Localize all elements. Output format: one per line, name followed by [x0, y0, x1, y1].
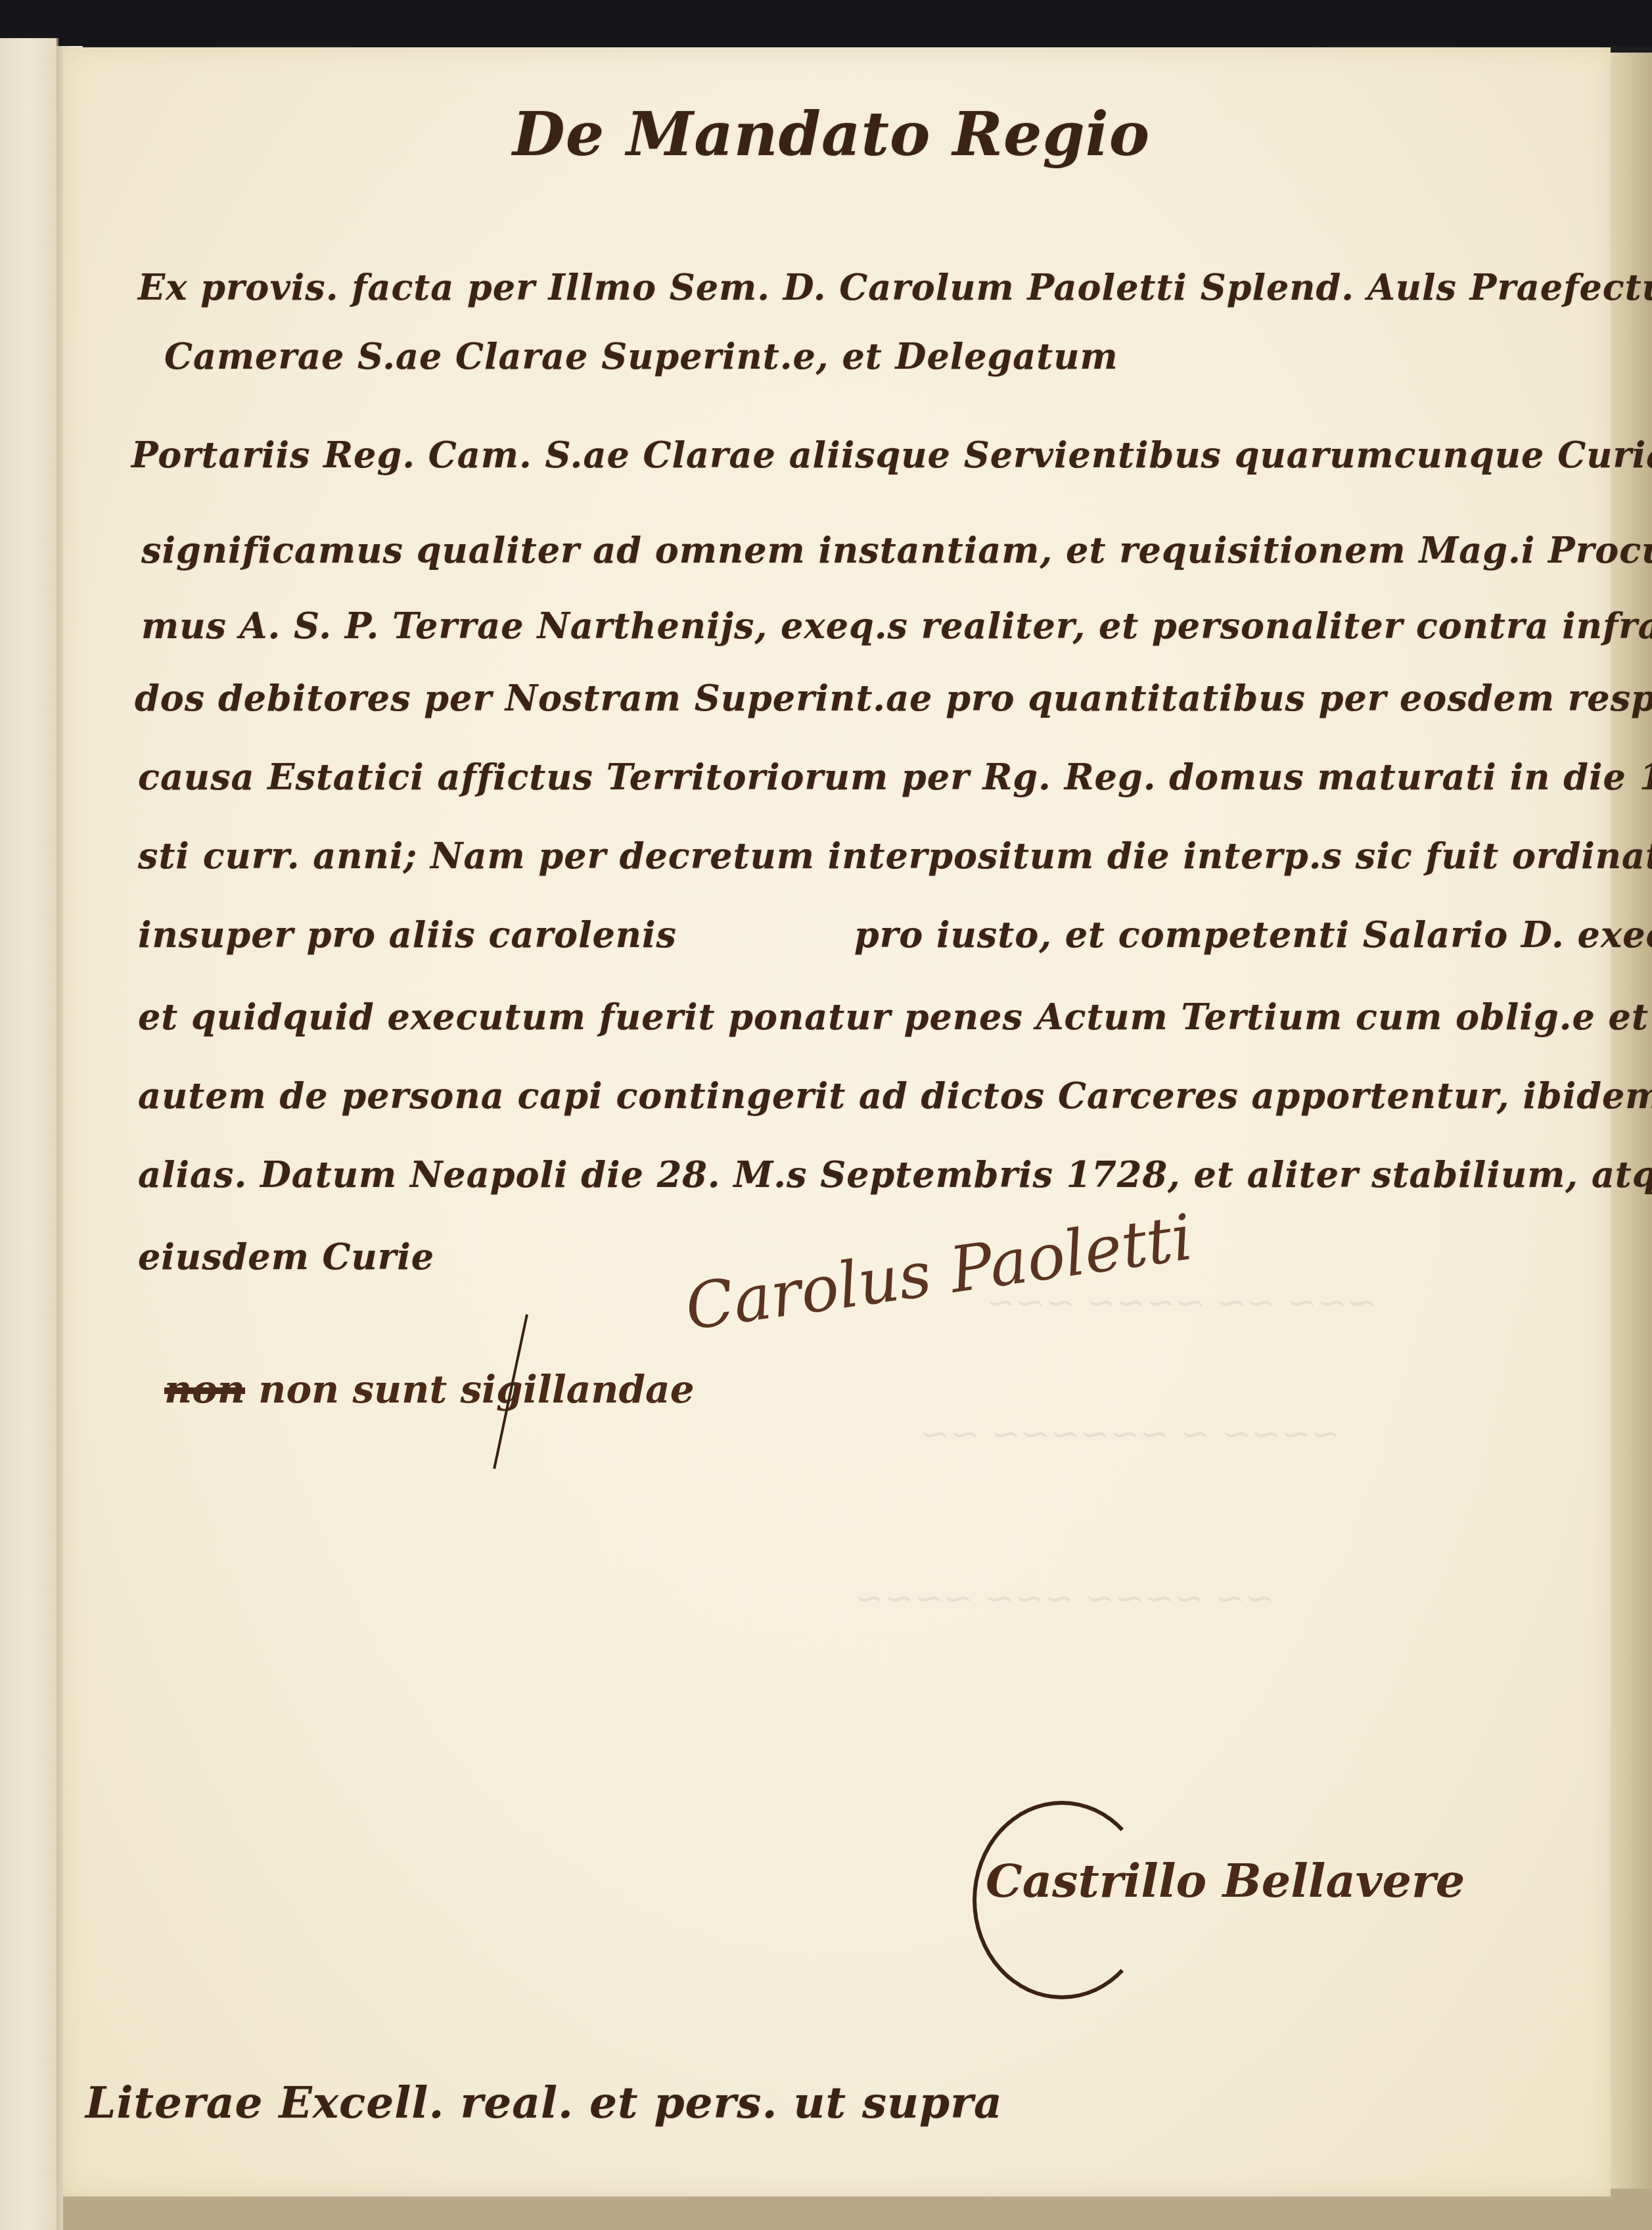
text-line-11: autem de persona capi contingerit ad dic… — [138, 1075, 1652, 1117]
text-line-9b: pro iusto, et competenti Salario D. exec… — [854, 914, 1652, 956]
text-line-12: alias. Datum Neapoli die 28. M.s Septemb… — [138, 1153, 1652, 1196]
text-line-9a: insuper pro aliis carolenis — [138, 914, 677, 956]
text-line-2: Camerae S.ae Clarae Superint.e, et Deleg… — [164, 335, 1118, 377]
footer-note: Literae Excell. real. et pers. ut supra — [85, 2077, 1003, 2128]
text-line-6: dos debitores per Nostram Superint.ae pr… — [135, 677, 1652, 719]
text-line-10: et quidquid executum fuerit ponatur pene… — [138, 996, 1652, 1038]
text-line-5: mus A. S. P. Terrae Narthenijs, exeq.s r… — [141, 605, 1652, 647]
bleed-through-text: ~~~~ ~ ~~~~~~ ~~ — [920, 1413, 1341, 1454]
sigillanda-note: non non sunt sigillandae — [164, 1367, 695, 1412]
bleed-through-text: ~~ ~~~~ ~~~ ~~~~ — [854, 1577, 1275, 1619]
document-title: De Mandato Regio — [513, 99, 1150, 170]
text-line-3: Portariis Reg. Cam. S.ae Clarae aliisque… — [131, 434, 1652, 476]
manuscript-content: ~~~ ~~ ~~~~ ~~~ ~~~~ ~ ~~~~~~ ~~ ~~ ~~~~… — [0, 0, 1652, 2230]
text-line-13: eiusdem Curie — [138, 1236, 434, 1278]
text-line-8: sti curr. anni; Nam per decretum interpo… — [138, 835, 1652, 877]
text-line-4: significamus qualiter ad omnem instantia… — [141, 529, 1652, 571]
struck-word: non — [164, 1367, 245, 1412]
text-line-7: causa Estatici affictus Territoriorum pe… — [138, 756, 1652, 798]
text-line-1: Ex provis. facta per Illmo Sem. D. Carol… — [138, 266, 1652, 308]
sigillanda-text: non sunt sigillandae — [258, 1367, 694, 1412]
signature-clerk: Castrillo Bellavere — [986, 1853, 1465, 1908]
